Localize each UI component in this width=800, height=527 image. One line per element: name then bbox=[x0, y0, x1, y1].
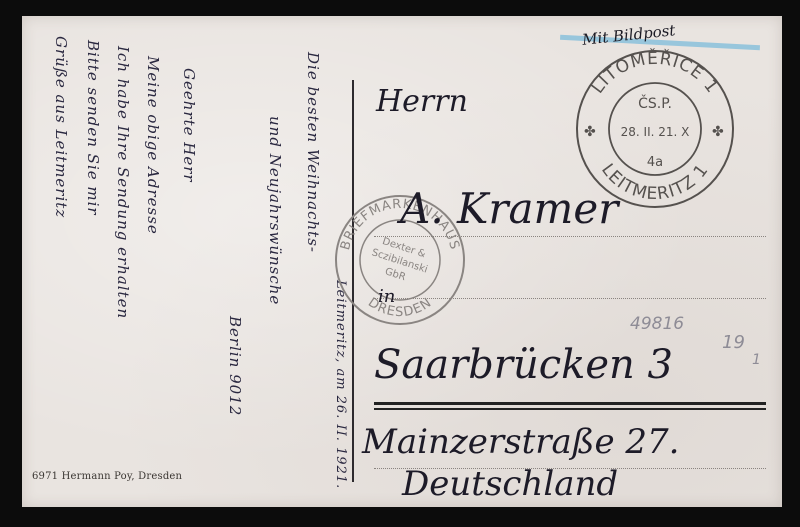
address-city: Saarbrücken 3 bbox=[374, 342, 673, 388]
address-line bbox=[374, 236, 766, 237]
printer-imprint: 6971 Hermann Poy, Dresden bbox=[32, 471, 182, 482]
dealer-center-line: GbR bbox=[384, 266, 407, 283]
postmark-center-bottom: 4a bbox=[647, 155, 663, 170]
address-street: Mainzerstraße 27. bbox=[362, 422, 680, 462]
pencil-ref-number: 49816 bbox=[630, 314, 684, 334]
pencil-fraction: 1 bbox=[752, 352, 761, 368]
postmark-date: 28. II. 21. X bbox=[621, 125, 690, 139]
svg-text:LITOMĚŘICE 1: LITOMĚŘICE 1 bbox=[588, 47, 723, 98]
clover-icon: ✤ bbox=[584, 124, 596, 140]
city-underline bbox=[374, 408, 766, 410]
clover-icon: ✤ bbox=[712, 124, 724, 140]
message-line: Bitte senden Sie mir bbox=[84, 40, 102, 216]
address-country: Deutschland bbox=[402, 464, 618, 504]
message-line: Berlin 9012 bbox=[226, 316, 244, 416]
message-line: Die besten Weihnachts- bbox=[304, 52, 322, 253]
address-salutation: Herrn bbox=[376, 84, 468, 119]
handwritten-message: Die besten Weihnachts- und Neujahrswünsc… bbox=[22, 16, 352, 507]
city-underline bbox=[374, 402, 766, 405]
address-prefix: in bbox=[378, 286, 395, 307]
message-line: Ich habe Ihre Sendung erhalten bbox=[114, 46, 132, 319]
message-line: Grüße aus Leitmeritz bbox=[52, 36, 70, 218]
address-name: A. Kramer bbox=[400, 184, 618, 233]
pencil-price: 19 bbox=[722, 332, 745, 353]
postmark-top-text: LITOMĚŘICE 1 bbox=[588, 47, 723, 98]
message-line: Geehrte Herr bbox=[180, 68, 198, 183]
address-line bbox=[374, 298, 766, 299]
postmark-center-top: ČS.P. bbox=[638, 94, 672, 112]
postcard-back: Die besten Weihnachts- und Neujahrswünsc… bbox=[22, 16, 782, 507]
message-line: Meine obige Adresse bbox=[144, 56, 162, 235]
message-line: und Neujahrswünsche bbox=[266, 116, 284, 305]
